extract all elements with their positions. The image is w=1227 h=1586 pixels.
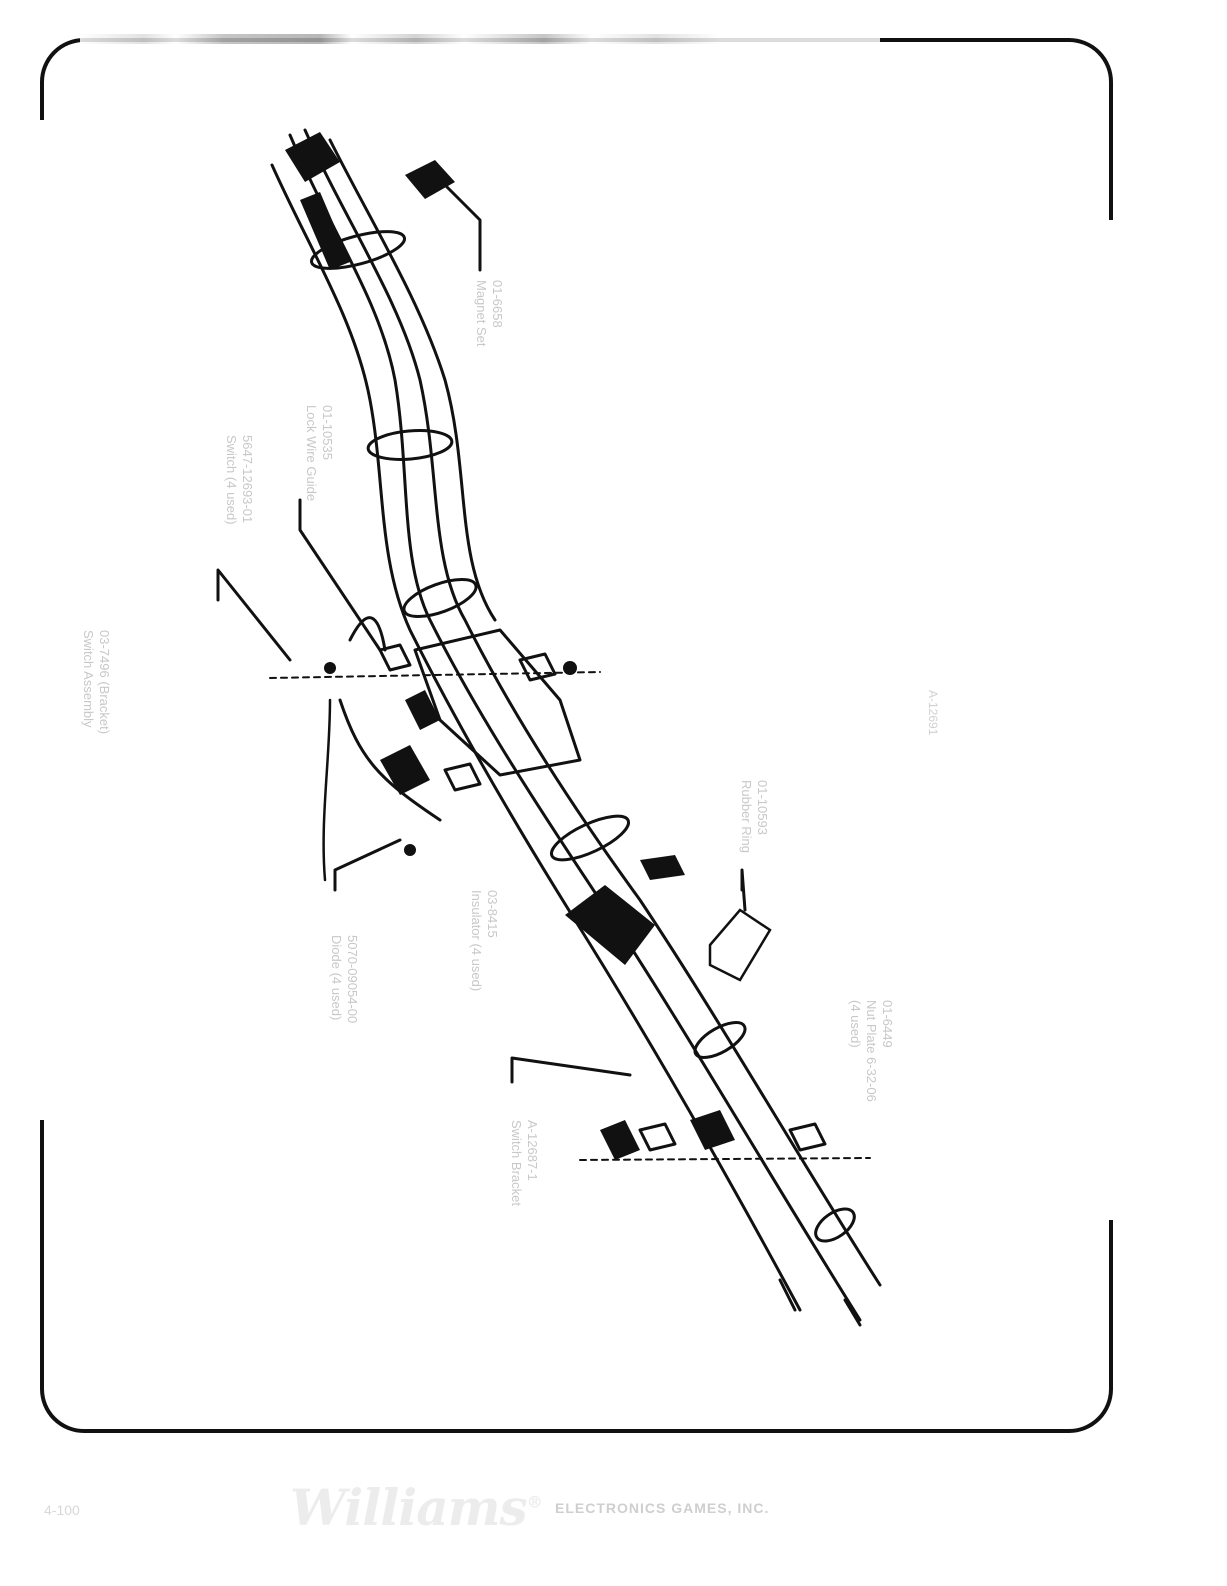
page-number: 4-100	[44, 1502, 80, 1518]
label-switch-bracket-2: A-12687-1Switch Bracket	[508, 1120, 540, 1206]
company-name: ELECTRONICS GAMES, INC.	[555, 1500, 769, 1516]
label-rubber-ring: 01-10593Rubber Ring	[738, 780, 770, 853]
label-diode: 5070-09054-00Diode (4 used)	[328, 935, 360, 1023]
label-wire-guide: 01-10535Lock Wire Guide	[303, 405, 335, 501]
assembly-id: A-12691	[926, 690, 940, 735]
wireform-ramp-drawing	[0, 0, 1227, 1586]
label-magnet: 01-6658Magnet Set	[473, 280, 505, 347]
label-nut: 01-6449Nut Plate 6-32-06(4 used)	[847, 1000, 895, 1102]
label-switch-bracket: 03-7496 (Bracket)Switch Assembly	[80, 630, 112, 734]
williams-logo: Williams®	[290, 1478, 542, 1537]
label-insulator: 03-8415Insulator (4 used)	[468, 890, 500, 991]
label-switch: 5647-12693-01Switch (4 used)	[223, 435, 255, 525]
